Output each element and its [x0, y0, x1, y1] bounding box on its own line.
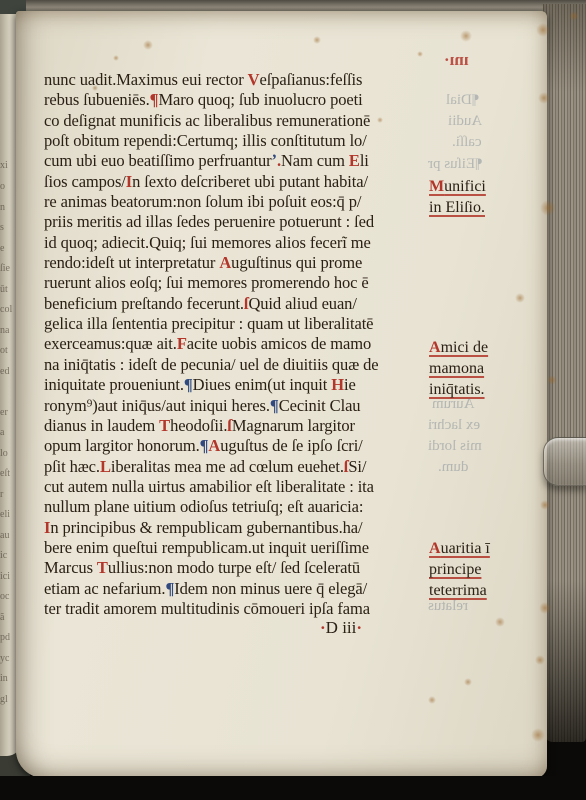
- text-segment: na iniq̄tatis : ideſt de pecunia/ uel de…: [44, 355, 379, 374]
- text-segment: beneficium preſtando fecerunt.: [44, 294, 244, 313]
- text-segment: Magnarum largitor: [232, 416, 355, 435]
- page-content: nunc uadit.Maximus eui rector Veſpaſianu…: [0, 0, 586, 800]
- foxing-stain: [539, 602, 551, 614]
- text-segment: A: [219, 253, 231, 272]
- text-line: dianus in laudem Theodoſii.ſMagnarum lar…: [44, 416, 436, 436]
- text-segment: mici de: [441, 339, 489, 356]
- text-segment: heodoſii.: [170, 416, 227, 435]
- text-segment: H: [331, 375, 344, 394]
- margin-note: Amici demamonainiq̄tatis.: [429, 337, 515, 400]
- text-segment: Quid aliud euan/: [248, 294, 356, 313]
- text-segment: T: [97, 558, 108, 577]
- text-line: pſit hæc.Liberalitas mea me ad cœlum eue…: [44, 457, 436, 477]
- text-segment: rebus ſubueniēs.: [44, 90, 150, 109]
- text-line: re animas beatorum:non ſolum ibi poſuit …: [44, 192, 436, 212]
- text-segment: A: [429, 339, 441, 356]
- text-segment: principe: [429, 561, 481, 578]
- text-segment: ·: [356, 618, 362, 637]
- bleedthrough-text: Audii: [448, 113, 482, 130]
- book-scan: xionseſieūtcolnaotederaloeſtreliauicicio…: [0, 0, 586, 800]
- margin-note-line: Munifici: [429, 176, 515, 197]
- text-segment: F: [177, 334, 187, 353]
- text-line: na iniq̄tatis : ideſt de pecunia/ uel de…: [44, 355, 436, 375]
- foxing-stain: [536, 23, 550, 37]
- foxing-stain: [515, 293, 525, 303]
- bleedthrough-text: ını·: [444, 50, 469, 70]
- text-segment: unifici: [444, 178, 486, 195]
- text-segment: cut autem nulla uirtus amabilior eſt lib…: [44, 477, 374, 496]
- text-line: poſt obitum rependi:Certumq; illis conſt…: [44, 131, 436, 151]
- text-segment: ¶: [165, 579, 174, 598]
- text-segment: iberalitas mea me ad cœlum euehet.: [111, 457, 344, 476]
- foxing-stain: [535, 655, 545, 665]
- text-line: nullum plane uitium odioſus tetriuſq; eſ…: [44, 497, 436, 517]
- text-line: exerceamus:quæ ait.Facite uobis amicos d…: [44, 334, 436, 354]
- text-segment: eſpaſianus:feſſis: [260, 70, 363, 89]
- text-line: ruerunt alios eoſq; ſui memores promeren…: [44, 273, 436, 293]
- text-line: etiam ac nefarium.¶Idem non minus uere q…: [44, 579, 436, 599]
- text-segment: in Eliſio.: [429, 199, 485, 216]
- text-segment: Diues enim(ut inquit: [193, 375, 332, 394]
- text-line: ronym⁹)aut iniq̄us/aut iniqui heres.¶Cec…: [44, 396, 436, 416]
- text-block: nunc uadit.Maximus eui rector Veſpaſianu…: [44, 70, 436, 619]
- text-segment: priis meritis ad illas ſedes peruenire p…: [44, 212, 374, 231]
- text-segment: opum largitor honorum.: [44, 436, 200, 455]
- margin-note: Auaritia īprincipeteterrima: [429, 538, 515, 601]
- margin-note-line: principe: [429, 559, 515, 580]
- text-segment: Cecinit Clau: [279, 396, 361, 415]
- text-segment: uguſtus de ſe ipſo ſcri/: [220, 436, 362, 455]
- text-segment: n principibus & rempublicam gubernantibu…: [50, 518, 362, 537]
- text-segment: V: [248, 70, 260, 89]
- bleedthrough-text: ex lachri: [428, 417, 480, 434]
- text-segment: ter tradit amorem multitudinis cōmoueri …: [44, 599, 370, 618]
- text-segment: etiam ac nefarium.: [44, 579, 165, 598]
- foxing-stain: [547, 375, 557, 385]
- foxing-stain: [113, 55, 119, 61]
- text-line: rendo:ideſt ut interpretatur Auguſtinus …: [44, 253, 436, 273]
- margin-note-line: in Eliſio.: [429, 197, 515, 218]
- quire-signature: ·D iii·: [320, 618, 362, 638]
- text-line: ter tradit amorem multitudinis cōmoueri …: [44, 599, 436, 619]
- text-segment: ¶: [270, 396, 279, 415]
- text-line: ſios campos/In ſexto deſcriberet ubi put…: [44, 172, 436, 192]
- text-segment: id quoq; adiecit.Quiq; ſui memores alios…: [44, 233, 371, 252]
- foxing-stain: [531, 728, 545, 742]
- text-segment: teterrima: [429, 582, 487, 599]
- text-segment: A: [429, 540, 441, 557]
- text-segment: rendo:ideſt ut interpretatur: [44, 253, 219, 272]
- bleedthrough-text: Aurum: [432, 396, 475, 413]
- text-segment: ie: [344, 375, 356, 394]
- margin-note-line: mamona: [429, 358, 515, 379]
- text-line: cum ubi euo beatiſſimo perfruanturʼ.Nam …: [44, 151, 436, 171]
- text-segment: nullum plane uitium odioſus tetriuſq; eſ…: [44, 497, 363, 516]
- text-segment: n ſexto deſcriberet ubi putant habita/: [132, 172, 368, 191]
- margin-note-line: Amici de: [429, 337, 515, 358]
- text-line: bere enim queſtui rempublicam.ut inquit …: [44, 538, 436, 558]
- background-bottom: [0, 776, 586, 800]
- bleedthrough-text: ¶Dial: [446, 92, 479, 109]
- foxing-stain: [460, 30, 472, 42]
- text-segment: acite uobis amicos de mamo: [187, 334, 371, 353]
- text-segment: mamona: [429, 360, 484, 377]
- text-segment: A: [208, 436, 220, 455]
- text-segment: nunc uadit.: [44, 70, 116, 89]
- bleedthrough-text: caſſi.: [452, 134, 482, 151]
- text-segment: M: [429, 178, 444, 195]
- text-line: In principibus & rempublicam gubernantib…: [44, 518, 436, 538]
- text-segment: Maximus eui rector: [116, 70, 247, 89]
- text-line: id quoq; adiecit.Quiq; ſui memores alios…: [44, 233, 436, 253]
- text-segment: ſios campos/: [44, 172, 126, 191]
- text-segment: Nam cum: [281, 151, 349, 170]
- foxing-stain: [538, 92, 550, 104]
- margin-note: Munificiin Eliſio.: [429, 176, 515, 218]
- text-segment: re animas beatorum:non ſolum ibi poſuit …: [44, 192, 361, 211]
- text-segment: pſit hæc.: [44, 457, 100, 476]
- text-segment: D iii: [326, 618, 357, 637]
- text-line: iniquitate proueniunt.¶Diues enim(ut inq…: [44, 375, 436, 395]
- foxing-stain: [495, 617, 505, 627]
- text-line: opum largitor honorum.¶Auguſtus de ſe ip…: [44, 436, 436, 456]
- foxing-stain: [540, 200, 556, 216]
- margin-note-line: Auaritia ī: [429, 538, 515, 559]
- bleedthrough-text: mis lordi: [428, 438, 482, 455]
- text-line: Marcus Tullius:non modo turpe eſt/ ſed ſ…: [44, 558, 436, 578]
- text-line: gelica illa ſententia precipitur : quam …: [44, 314, 436, 334]
- text-segment: exerceamus:quæ ait.: [44, 334, 177, 353]
- text-line: beneficium preſtando fecerunt.ſQuid aliu…: [44, 294, 436, 314]
- foxing-stain: [464, 678, 472, 686]
- foxing-stain: [313, 36, 321, 44]
- foxing-stain: [143, 40, 153, 50]
- text-segment: ruerunt alios eoſq; ſui memores promeren…: [44, 273, 369, 292]
- text-segment: uaritia ī: [441, 540, 490, 557]
- text-segment: bere enim queſtui rempublicam.ut inquit …: [44, 538, 369, 557]
- bleedthrough-text: dum.: [438, 459, 468, 476]
- text-line: rebus ſubueniēs.¶Maro quoq; ſub inuolucr…: [44, 90, 436, 110]
- text-line: priis meritis ad illas ſedes peruenire p…: [44, 212, 436, 232]
- bleedthrough-text: ¶Eiſus pr: [428, 156, 482, 173]
- foxing-stain: [428, 696, 436, 704]
- text-segment: E: [349, 151, 360, 170]
- foxing-stain: [377, 117, 383, 123]
- text-line: nunc uadit.Maximus eui rector Veſpaſianu…: [44, 70, 436, 90]
- page-holder-clasp: [543, 437, 586, 486]
- foxing-stain: [92, 85, 98, 91]
- text-segment: L: [100, 457, 111, 476]
- text-segment: Maro quoq; ſub inuolucro poeti: [158, 90, 362, 109]
- text-segment: ullius:non modo turpe eſt/ ſed ſceleratū: [108, 558, 360, 577]
- foxing-stain: [417, 51, 423, 57]
- text-segment: li: [360, 151, 369, 170]
- foxing-stain: [569, 11, 579, 21]
- text-segment: ronym⁹)aut iniq̄us/aut iniqui heres.: [44, 396, 270, 415]
- text-segment: gelica illa ſententia precipitur : quam …: [44, 314, 373, 333]
- text-segment: Marcus: [44, 558, 97, 577]
- text-line: cut autem nulla uirtus amabilior eſt lib…: [44, 477, 436, 497]
- text-segment: ¶: [184, 375, 193, 394]
- foxing-stain: [540, 500, 550, 510]
- text-segment: cum ubi euo beatiſſimo perfruantur: [44, 151, 272, 170]
- text-segment: T: [159, 416, 170, 435]
- text-segment: Si/: [348, 457, 366, 476]
- text-segment: dianus in laudem: [44, 416, 159, 435]
- bleedthrough-text: relatus: [428, 598, 468, 615]
- text-segment: uguſtinus qui prome: [231, 253, 362, 272]
- text-segment: co deſignat munificis ac liberalibus rem…: [44, 111, 370, 130]
- text-segment: Idem non minus uere q̄ elegā/: [174, 579, 367, 598]
- text-segment: iniquitate proueniunt.: [44, 375, 184, 394]
- text-segment: poſt obitum rependi:Certumq; illis conſt…: [44, 131, 367, 150]
